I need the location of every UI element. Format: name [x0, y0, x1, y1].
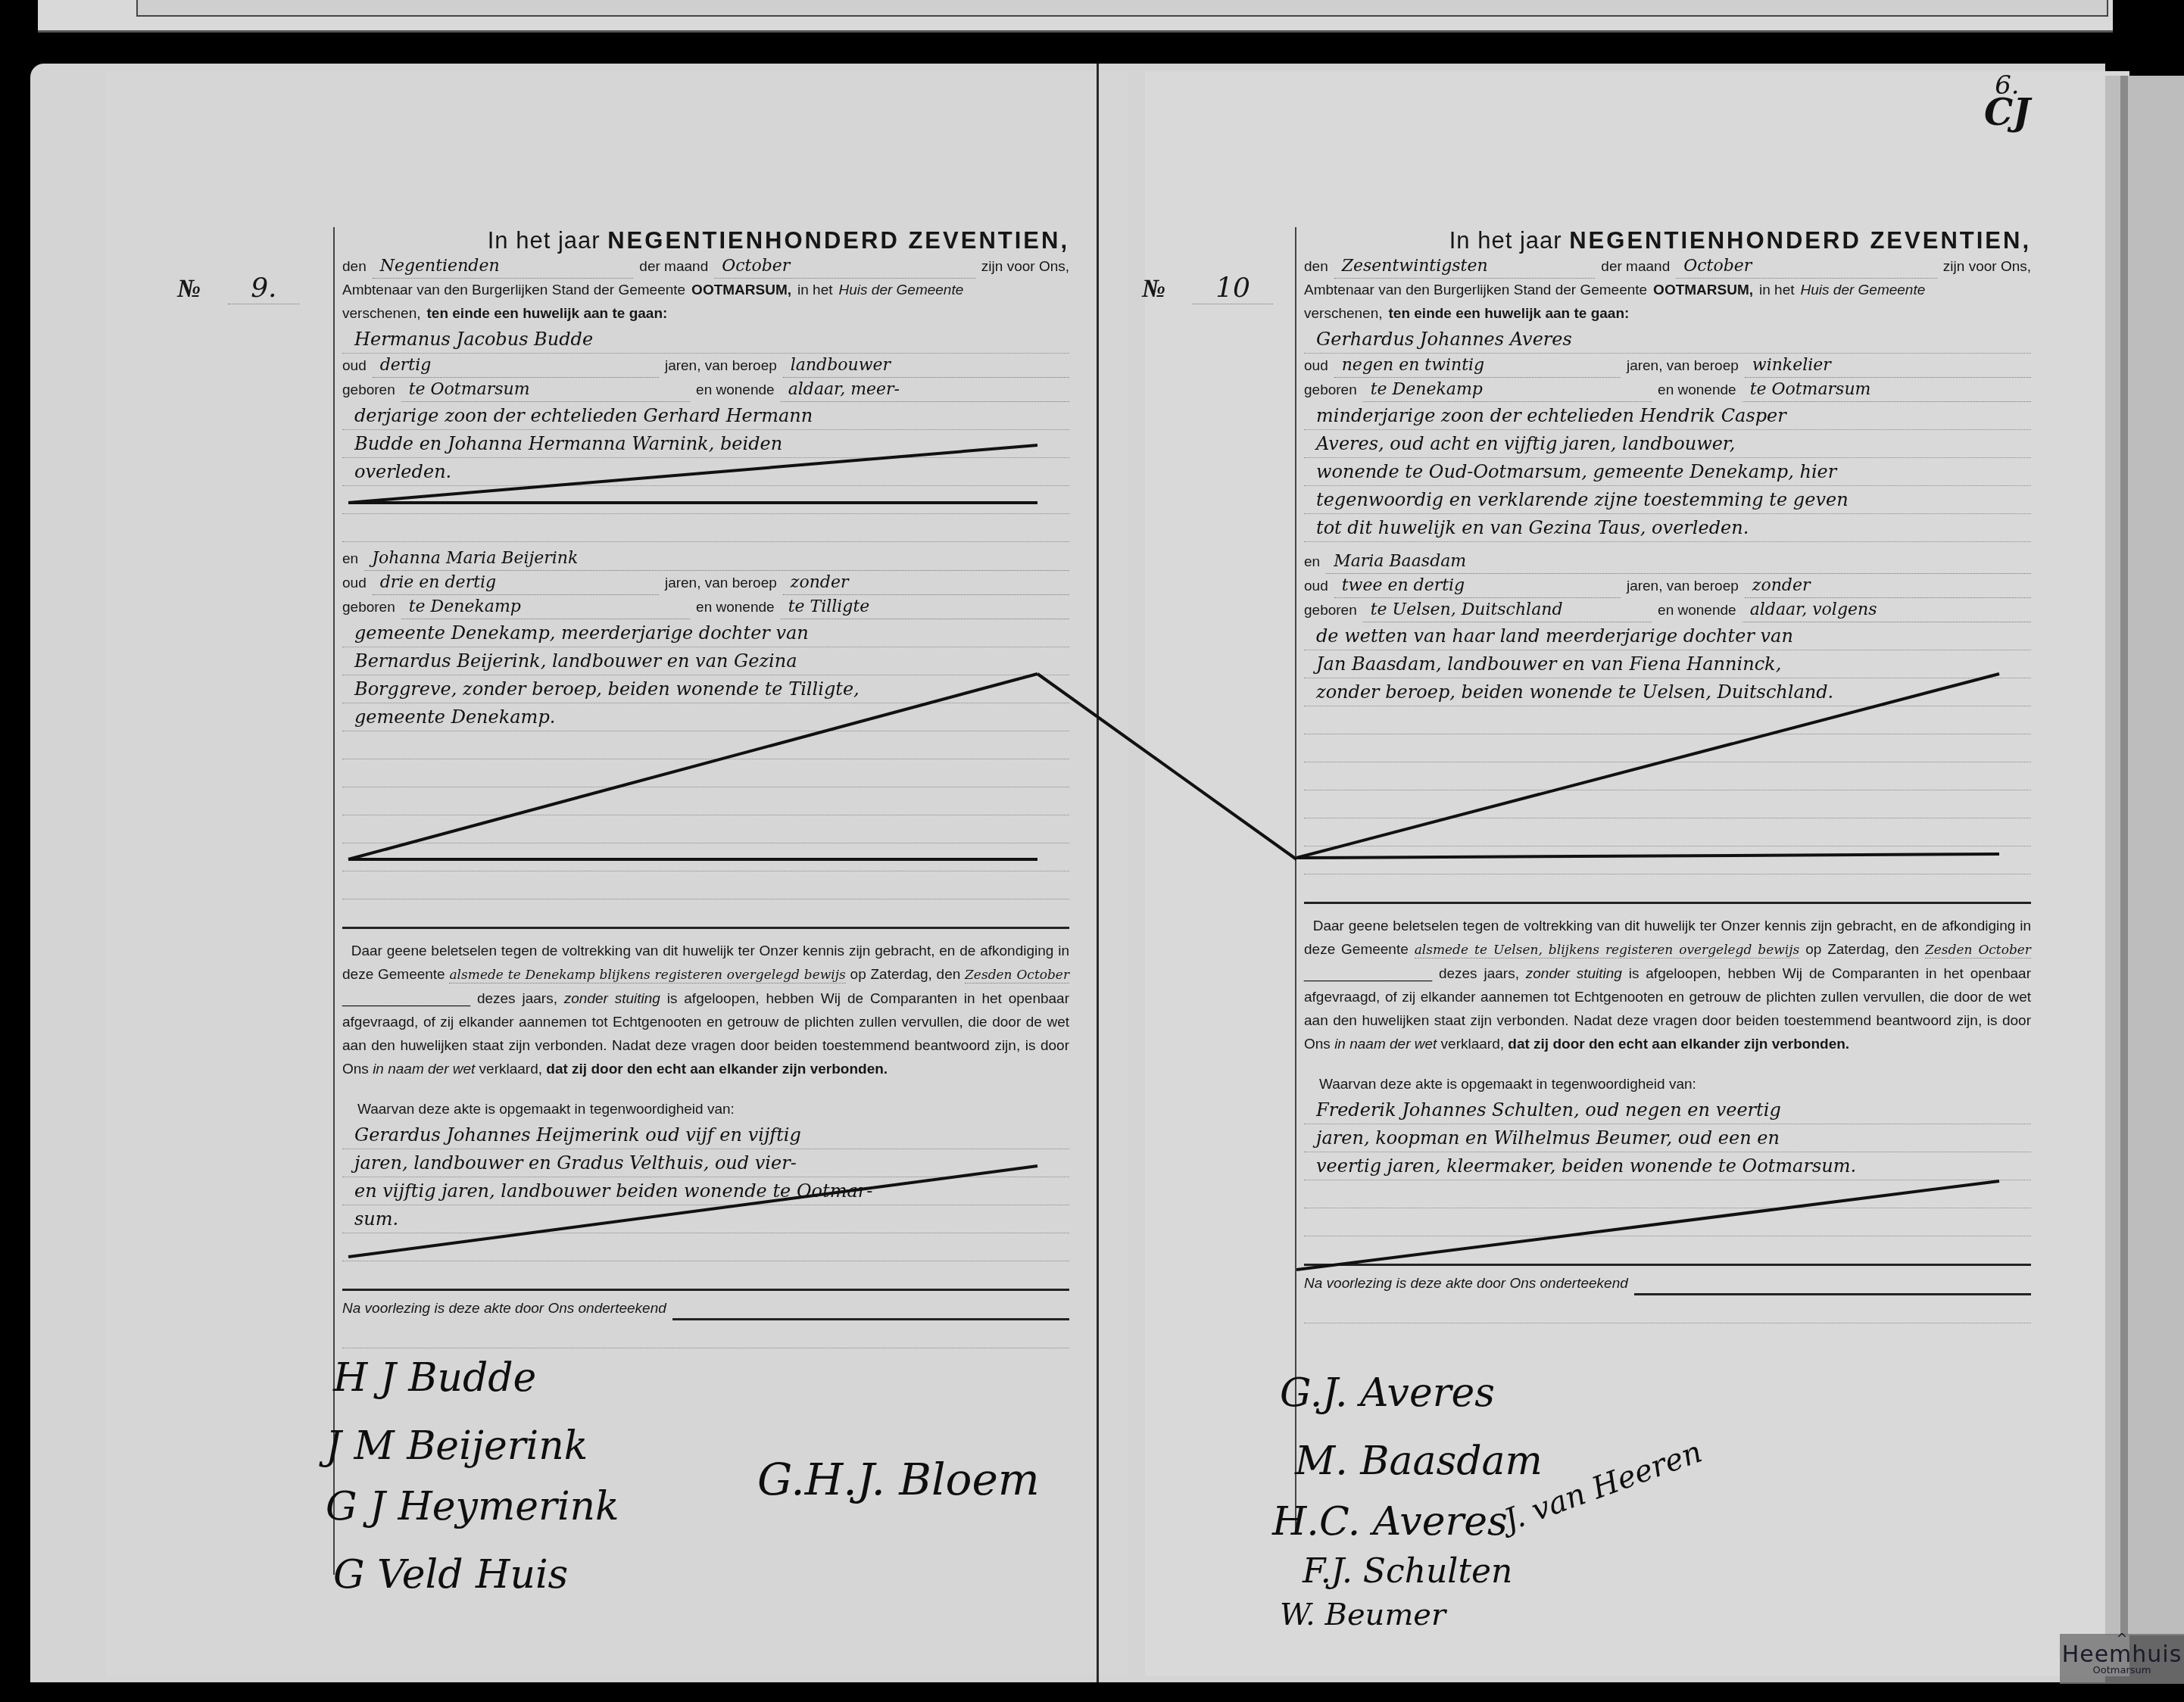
label-in-het: in het	[1759, 279, 1794, 302]
label-ten-einde: ten einde een huwelijk aan te gaan:	[1389, 302, 1630, 326]
ruled-line	[342, 514, 1069, 542]
groom-detail: tegenwoordig en verklarende zijne toeste…	[1304, 486, 2031, 514]
label-huis: Huis der Gemeente	[839, 279, 964, 302]
label-zonder-stuiting: zonder stuiting	[1526, 966, 1622, 982]
ruled-line	[342, 843, 1069, 871]
bride-age: drie en dertig	[373, 571, 659, 595]
signature: G Veld Huis	[333, 1552, 568, 1598]
groom-detail: Averes, oud acht en vijftig jaren, landb…	[1304, 430, 2031, 458]
label-na-voorlezing: Na voorlezing is deze akte door Ons onde…	[1304, 1272, 1628, 1295]
act-month: October	[714, 254, 975, 279]
groom-born: te Ootmarsum	[401, 378, 690, 402]
label-jaren-beroep: jaren, van beroep	[1627, 575, 1739, 598]
witness-line: Gerardus Johannes Heijmerink oud vijf en…	[342, 1121, 1069, 1149]
bride-occupation: zonder	[1745, 574, 2031, 598]
label-en: en	[1304, 550, 1320, 574]
folio-mark: 6. CJ	[1984, 73, 2030, 126]
date-line: denZesentwintigstender maandOctoberzijn …	[1304, 254, 2031, 279]
groom-detail: overleden.	[342, 458, 1069, 486]
witness-line: en vijftig jaren, landbouwer beiden wone…	[342, 1177, 1069, 1205]
groom-detail: wonende te Oud-Ootmarsum, gemeente Denek…	[1304, 458, 2031, 486]
bride-residing: aldaar, volgens	[1743, 598, 2031, 622]
act-month: October	[1676, 254, 1937, 279]
bride-age-line: oudtwee en dertigjaren, van beroepzonder	[1304, 574, 2031, 598]
signing-line: Na voorlezing is deze akte door Ons onde…	[342, 1297, 1069, 1320]
ruled-line	[1304, 1295, 2031, 1323]
number-sign: №	[1142, 275, 1165, 303]
label-geboren: geboren	[1304, 379, 1357, 402]
act-heading: In het jaar NEGENTIENHONDERD ZEVENTIEN,	[1304, 227, 2031, 254]
label-jaren-beroep: jaren, van beroep	[1627, 354, 1739, 378]
ruled-line	[1304, 1236, 2031, 1266]
ruled-line	[342, 1233, 1069, 1261]
bride-age: twee en dertig	[1334, 574, 1621, 598]
label-zonder-stuiting: zonder stuiting	[564, 991, 660, 1007]
groom-born: te Denekamp	[1363, 378, 1652, 402]
signature: F.J. Schulten	[1303, 1552, 1512, 1591]
heading-year: NEGENTIENHONDERD ZEVENTIEN,	[607, 227, 1069, 254]
number-sign: №	[177, 275, 201, 303]
label-zijn-voor-ons: zijn voor Ons,	[981, 255, 1069, 279]
act-number-left: №9.	[177, 273, 299, 304]
label-verbonden: dat zij door den echt aan elkander zijn …	[546, 1061, 888, 1077]
ceremony-paragraph: Daar geene beletselen tegen de voltrekki…	[1304, 915, 2031, 1056]
groom-detail: Budde en Johanna Hermanna Warnink, beide…	[342, 430, 1069, 458]
bride-birth-line: geborente Denekampen wonendete Tilligte	[342, 595, 1069, 619]
label-jaren-beroep: jaren, van beroep	[665, 354, 777, 378]
heading-prefix: In het jaar	[488, 227, 601, 254]
label-en-wonende: en wonende	[1658, 379, 1736, 402]
label-jaren-beroep: jaren, van beroep	[665, 572, 777, 595]
signature: W. Beumer	[1280, 1598, 1446, 1632]
official-line: Ambtenaar van den Burgerlijken Stand der…	[342, 279, 1069, 302]
signature: G.J. Averes	[1280, 1370, 1495, 1416]
ruled-line	[1304, 846, 2031, 874]
groom-age: dertig	[373, 354, 659, 378]
label-oud: oud	[342, 572, 367, 595]
bride-name-line: enMaria Baasdam	[1304, 550, 2031, 574]
label-geboren: geboren	[342, 596, 395, 619]
groom-age-line: oudnegen en twintigjaren, van beroepwink…	[1304, 354, 2031, 378]
label-op-zaterdag: op Zaterdag, den	[850, 967, 961, 983]
groom-age: negen en twintig	[1334, 354, 1621, 378]
label-der-maand: der maand	[639, 255, 708, 279]
book-gutter	[1097, 64, 1099, 1684]
heading-year: NEGENTIENHONDERD ZEVENTIEN,	[1569, 227, 2031, 254]
scan-border-bottom	[0, 1682, 2184, 1702]
ruled-line	[342, 899, 1069, 929]
bride-name: Johanna Maria Beijerink	[364, 547, 1069, 571]
label-dezes-jaars: dezes jaars,	[1439, 966, 1519, 982]
label-geboren: geboren	[1304, 599, 1357, 622]
label-geboren: geboren	[342, 379, 395, 402]
signing-line: Na voorlezing is deze akte door Ons onde…	[1304, 1272, 2031, 1295]
ruled-line	[342, 1320, 1069, 1348]
bride-age-line: ouddrie en dertigjaren, van beroepzonder	[342, 571, 1069, 595]
witness-line: jaren, koopman en Wilhelmus Beumer, oud …	[1304, 1124, 2031, 1152]
act-day: Zesentwintigsten	[1334, 254, 1596, 279]
signing-rule	[1634, 1275, 2031, 1295]
bride-detail: de wetten van haar land meerderjarige do…	[1304, 622, 2031, 650]
groom-residing: aldaar, meer-	[781, 378, 1069, 402]
page-edge-strip	[2120, 76, 2128, 1635]
groom-birth-line: geborente Denekampen wonendete Ootmarsum	[1304, 378, 2031, 402]
groom-birth-line: geborente Ootmarsumen wonendealdaar, mee…	[342, 378, 1069, 402]
previous-page-edge	[38, 0, 2113, 33]
witness-intro: Waarvan deze akte is opgemaakt in tegenw…	[342, 1098, 1069, 1121]
heading-prefix: In het jaar	[1449, 227, 1562, 254]
witness-line: Frederik Johannes Schulten, oud negen en…	[1304, 1096, 2031, 1124]
bride-name: Maria Baasdam	[1326, 550, 2031, 574]
bride-residing: te Tilligte	[781, 595, 1069, 619]
proclamation-place: alsmede te Denekamp blijkens registeren …	[449, 968, 845, 983]
signature: H J Budde	[333, 1355, 536, 1401]
bride-detail: gemeente Denekamp.	[342, 703, 1069, 731]
label-oud: oud	[1304, 354, 1328, 378]
official-line: Ambtenaar van den Burgerlijken Stand der…	[1304, 279, 2031, 302]
bride-detail: Jan Baasdam, landbouwer en van Fiena Han…	[1304, 650, 2031, 678]
label-ambtenaar: Ambtenaar van den Burgerlijken Stand der…	[1304, 279, 1647, 302]
ruled-line	[342, 486, 1069, 514]
ruled-line	[342, 759, 1069, 787]
ruled-line	[1304, 1180, 2031, 1208]
municipality: OOTMARSUM,	[691, 279, 791, 302]
groom-detail: tot dit huwelijk en van Gezina Taus, ove…	[1304, 514, 2031, 542]
label-verschenen: verschenen,	[342, 302, 421, 326]
date-line: denNegentiendender maandOctoberzijn voor…	[342, 254, 1069, 279]
municipality: OOTMARSUM,	[1653, 279, 1753, 302]
marriage-act-10: In het jaar NEGENTIENHONDERD ZEVENTIEN, …	[1295, 227, 2031, 1529]
signature: M. Baasdam	[1295, 1439, 1543, 1484]
folio-initials: CJ	[1984, 100, 2030, 126]
act-number-right: №10	[1142, 273, 1273, 304]
bride-birth-line: geborente Uelsen, Duitschlanden wonendea…	[1304, 598, 2031, 622]
ceremony-paragraph: Daar geene beletselen tegen de voltrekki…	[342, 940, 1069, 1081]
label-op-zaterdag: op Zaterdag, den	[1805, 942, 1919, 958]
label-na-voorlezing: Na voorlezing is deze akte door Ons onde…	[342, 1297, 666, 1320]
act-day: Negentienden	[373, 254, 634, 279]
label-verklaard: verklaard,	[1441, 1036, 1504, 1052]
page-stack-edge	[2105, 76, 2184, 1635]
act-number-value: 10	[1193, 273, 1273, 304]
signature: G J Heymerink	[326, 1484, 619, 1529]
signature: J M Beijerink	[326, 1423, 588, 1469]
appeared-line: verschenen,ten einde een huwelijk aan te…	[1304, 302, 2031, 326]
ruled-line	[342, 871, 1069, 899]
witness-line: jaren, landbouwer en Gradus Velthuis, ou…	[342, 1149, 1069, 1177]
groom-name: Hermanus Jacobus Budde	[342, 326, 1069, 354]
label-en-wonende: en wonende	[696, 379, 775, 402]
act-heading: In het jaar NEGENTIENHONDERD ZEVENTIEN,	[342, 227, 1069, 254]
groom-occupation: winkelier	[1745, 354, 2031, 378]
groom-detail: derjarige zoon der echtelieden Gerhard H…	[342, 402, 1069, 430]
ruled-line	[1304, 790, 2031, 818]
label-verschenen: verschenen,	[1304, 302, 1383, 326]
act-number-value: 9.	[228, 273, 299, 304]
ruled-line	[1304, 1208, 2031, 1236]
groom-age-line: ouddertigjaren, van beroeplandbouwer	[342, 354, 1069, 378]
bride-name-line: enJohanna Maria Beijerink	[342, 547, 1069, 571]
label-ambtenaar: Ambtenaar van den Burgerlijken Stand der…	[342, 279, 685, 302]
ruled-line	[342, 815, 1069, 843]
ruled-line	[1304, 706, 2031, 734]
previous-page-frame	[136, 0, 2108, 17]
groom-name: Gerhardus Johannes Averes	[1304, 326, 2031, 354]
scan-border-left	[0, 64, 30, 1702]
label-en: en	[342, 547, 358, 571]
label-in-naam: in naam der wet	[1334, 1036, 1437, 1052]
label-den: den	[1304, 255, 1328, 279]
ruled-line	[1304, 762, 2031, 790]
bride-detail: gemeente Denekamp, meerderjarige dochter…	[342, 619, 1069, 647]
bride-born: te Uelsen, Duitschland	[1363, 598, 1652, 622]
proclamation-place: alsmede te Uelsen, blijkens registeren o…	[1415, 943, 1800, 959]
label-ten-einde: ten einde een huwelijk aan te gaan:	[427, 302, 668, 326]
label-en-wonende: en wonende	[696, 596, 775, 619]
label-huis: Huis der Gemeente	[1801, 279, 1926, 302]
ruled-line	[342, 1261, 1069, 1291]
groom-detail: minderjarige zoon der echtelieden Hendri…	[1304, 402, 2031, 430]
official-signature: G.H.J. Bloem	[757, 1454, 1040, 1505]
appeared-line: verschenen,ten einde een huwelijk aan te…	[342, 302, 1069, 326]
bride-detail: Borggreve, zonder beroep, beiden wonende…	[342, 675, 1069, 703]
label-verklaard: verklaard,	[479, 1061, 542, 1077]
label-den: den	[342, 255, 367, 279]
bride-detail: Bernardus Beijerink, landbouwer en van G…	[342, 647, 1069, 675]
label-en-wonende: en wonende	[1658, 599, 1736, 622]
heemhuis-watermark: ^ Heemhuis Ootmarsum	[2060, 1634, 2184, 1684]
bride-born: te Denekamp	[401, 595, 690, 619]
ruled-line	[1304, 734, 2031, 762]
proclamation-date: Zesden October	[1925, 943, 2031, 959]
proclamation-date: Zesden October	[965, 968, 1069, 983]
witness-line: sum.	[342, 1205, 1069, 1233]
label-in-naam: in naam der wet	[373, 1061, 475, 1077]
signature: H.C. Averes	[1272, 1499, 1508, 1545]
ruled-line	[342, 787, 1069, 815]
label-oud: oud	[1304, 575, 1328, 598]
ruled-line	[342, 731, 1069, 759]
watermark-name: Heemhuis	[2060, 1644, 2184, 1666]
label-in-het: in het	[797, 279, 832, 302]
label-oud: oud	[342, 354, 367, 378]
label-verbonden: dat zij door den echt aan elkander zijn …	[1508, 1036, 1849, 1052]
ruled-line	[1304, 874, 2031, 904]
witness-line: veertig jaren, kleermaker, beiden wonend…	[1304, 1152, 2031, 1180]
bride-detail: zonder beroep, beiden wonende te Uelsen,…	[1304, 678, 2031, 706]
label-zijn-voor-ons: zijn voor Ons,	[1943, 255, 2031, 279]
groom-residing: te Ootmarsum	[1743, 378, 2031, 402]
groom-occupation: landbouwer	[783, 354, 1069, 378]
label-der-maand: der maand	[1601, 255, 1670, 279]
label-dezes-jaars: dezes jaars,	[477, 991, 557, 1007]
ruled-line	[1304, 818, 2031, 846]
bride-occupation: zonder	[783, 571, 1069, 595]
witness-intro: Waarvan deze akte is opgemaakt in tegenw…	[1304, 1073, 2031, 1096]
signing-rule	[672, 1300, 1069, 1320]
